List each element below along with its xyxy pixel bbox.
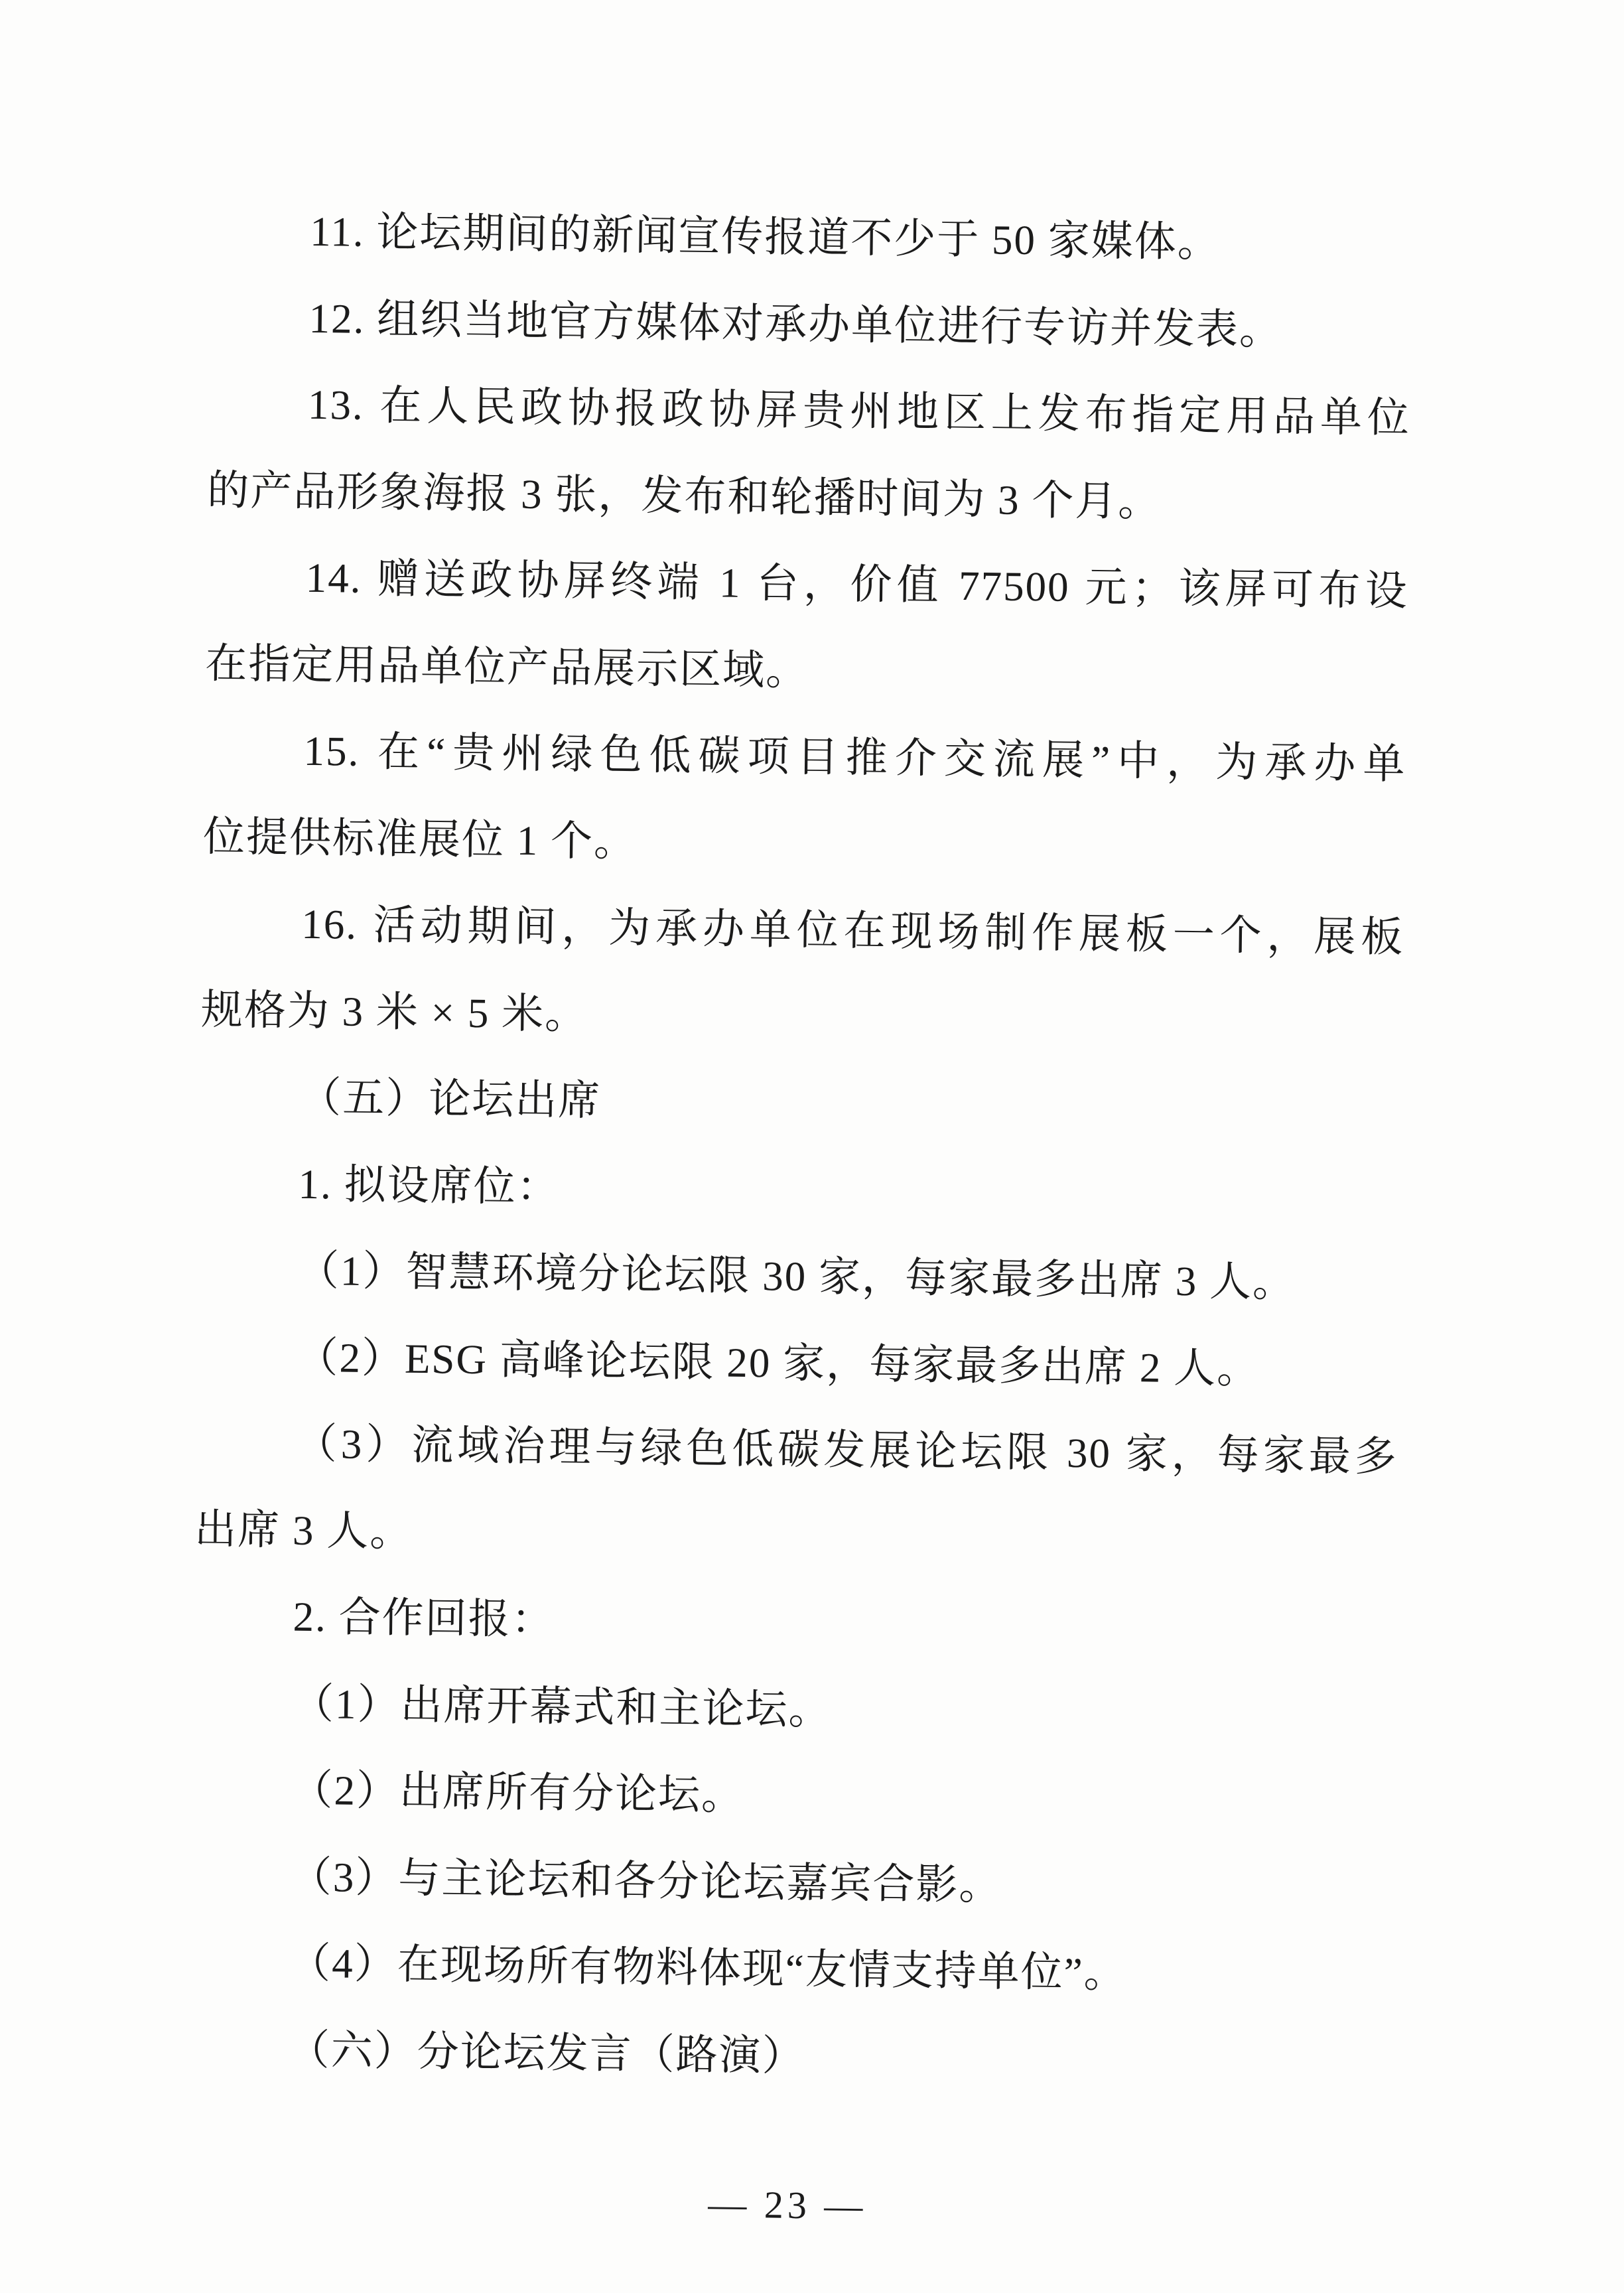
document-page: 11. 论坛期间的新闻宣传报道不少于 50 家媒体。 12. 组织当地官方媒体对… (0, 0, 1624, 2293)
line-item-13b: 的产品形象海报 3 张，发布和轮播时间为 3 个月。 (207, 447, 1410, 548)
line-item-14b: 在指定用品单位产品展示区域。 (204, 620, 1407, 721)
heading-section-5: （五）论坛出席 (199, 1053, 1402, 1154)
line-return-3: （3）与主论坛和各分论坛嘉宾合影。 (190, 1832, 1392, 1933)
line-item-16b: 规格为 3 米 × 5 米。 (200, 966, 1403, 1068)
heading-section-6: （六）分论坛发言（路演） (188, 2005, 1390, 2107)
line-item-12: 12. 组织当地官方媒体对承办单位进行专访并发表。 (209, 273, 1412, 375)
line-item-13a: 13. 在人民政协报政协屏贵州地区上发布指定用品单位 (208, 360, 1410, 462)
line-return-1: （1）出席开幕式和主论坛。 (192, 1659, 1394, 1760)
line-item-11: 11. 论坛期间的新闻宣传报道不少于 50 家媒体。 (210, 187, 1412, 289)
line-item-15a: 15. 在“贵州绿色低碳项目推介交流展”中，为承办单 (204, 707, 1406, 808)
line-seat-3b: 出席 3 人。 (194, 1486, 1396, 1587)
line-return-2: （2）出席所有分论坛。 (191, 1746, 1394, 1847)
line-seat-2: （2）ESG 高峰论坛限 20 家，每家最多出席 2 人。 (196, 1312, 1399, 1414)
line-return-heading: 2. 合作回报： (193, 1572, 1396, 1674)
line-seat-1: （1）智慧环境分论坛限 30 家，每家最多出席 3 人。 (197, 1226, 1400, 1328)
document-body: 11. 论坛期间的新闻宣传报道不少于 50 家媒体。 12. 组织当地官方媒体对… (186, 187, 1413, 2256)
line-item-16a: 16. 活动期间，为承办单位在现场制作展板一个，展板 (202, 880, 1404, 981)
line-item-14a: 14. 赠送政协屏终端 1 台，价值 77500 元；该屏可布设 (206, 533, 1408, 635)
line-seats-heading: 1. 拟设席位： (198, 1139, 1401, 1241)
page-number: — 23 — (186, 2155, 1388, 2256)
line-seat-3a: （3）流域治理与绿色低碳发展论坛限 30 家，每家最多 (195, 1399, 1398, 1501)
line-return-4: （4）在现场所有物料体现“友情支持单位”。 (189, 1919, 1392, 2020)
line-item-15b: 位提供标准展位 1 个。 (202, 793, 1405, 894)
